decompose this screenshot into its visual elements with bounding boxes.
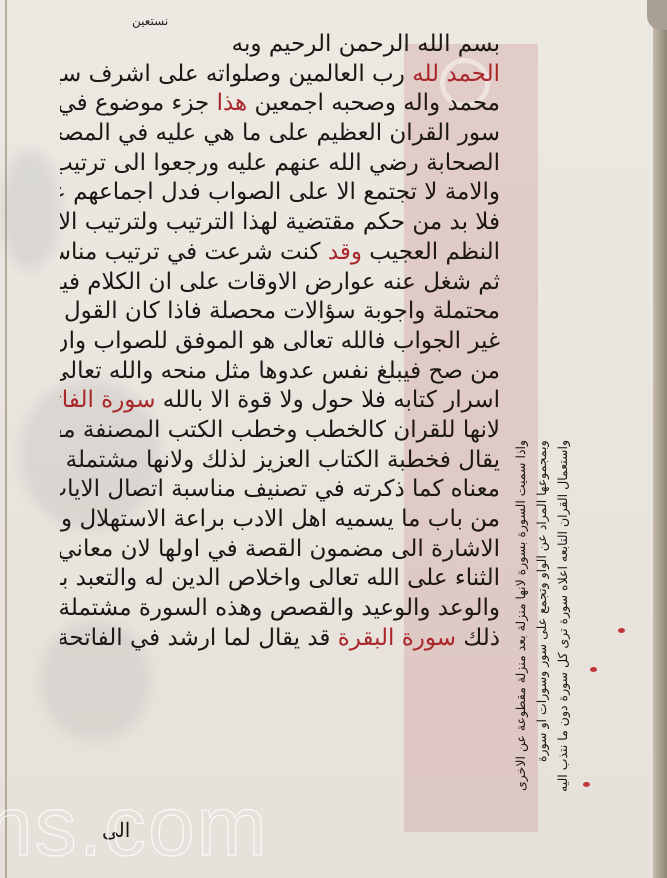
red-dot-marker xyxy=(618,628,625,633)
text-line: فلا بد من حكم مقتضية لهذا الترتيب ولترتي… xyxy=(60,208,500,238)
text-line: محمد واله وصحبه اجمعين هذا جزء موضوع في … xyxy=(60,89,500,119)
text-line: لانها للقران كالخطب وخطب الكتب المصنفة م… xyxy=(60,416,500,446)
binding-gutter-line xyxy=(5,0,7,878)
text-line: الصحابة رضي الله عنهم عليه ورجعوا الى تر… xyxy=(60,149,500,179)
text-line: محتملة واجوبة سؤالات محصلة فاذا كان القو… xyxy=(60,297,500,327)
rubric-surah-title: سورة البقرة xyxy=(338,625,456,651)
text-line: سور القران العظيم على ما هي عليه في المص… xyxy=(60,119,500,149)
watermark-text: ns.com xyxy=(0,778,269,875)
red-dot-marker xyxy=(583,782,590,787)
manuscript-page: نستعين بسم الله الرحمن الرحيم وبه الحمد … xyxy=(0,0,655,878)
text-line: الاشارة الى مضمون القصة في اولها لان معا… xyxy=(60,535,500,565)
rubric-surah-title: سورة الفاتحة xyxy=(60,387,155,413)
paper-stain xyxy=(0,150,60,270)
main-text-block: بسم الله الرحمن الرحيم وبه الحمد لله رب … xyxy=(60,30,500,653)
text-line: ثم شغل عنه عوارض الاوقات على ان الكلام ف… xyxy=(60,268,500,298)
text-line: ذلك سورة البقرة قد يقال لما ارشد في الفا… xyxy=(60,624,500,654)
text-line: غير الجواب فالله تعالى هو الموفق للصواب … xyxy=(60,327,500,357)
text-line: يقال فخطبة الكتاب العزيز لذلك ولانها مشت… xyxy=(60,446,500,476)
red-dot-marker xyxy=(590,667,597,672)
rubric-heading: الحمد لله xyxy=(412,61,500,87)
page-edge-shadow xyxy=(653,20,667,878)
text-line: النظم العجيب وقد كنت شرعت في ترتيب مناسب… xyxy=(60,238,500,268)
text-line: من باب ما يسميه اهل الادب براعة الاستهلا… xyxy=(60,505,500,535)
top-note: نستعين xyxy=(132,14,168,28)
rubric-word: هذا xyxy=(217,90,248,116)
margin-annotation: واذا سميت السورة بسورة لانها منزلة بعد م… xyxy=(510,440,650,800)
text-line: من صح فيبلغ نفس عدوها مثل منحه والله تعا… xyxy=(60,357,500,387)
text-line: الحمد لله رب العالمين وصلواته على اشرف س… xyxy=(60,60,500,90)
text-line: معناه كما ذكرته في تصنيف مناسبة اتصال ال… xyxy=(60,475,500,505)
text-line: والوعد والوعيد والقصص وهذه السورة مشتملة… xyxy=(60,594,500,624)
text-line: بسم الله الرحمن الرحيم وبه xyxy=(60,30,500,60)
torn-corner xyxy=(647,0,667,30)
text-line: والامة لا تجتمع الا على الصواب فدل اجماع… xyxy=(60,178,500,208)
text-line: الثناء على الله تعالى واخلاص الدين له وا… xyxy=(60,564,500,594)
text-line: اسرار كتابه فلا حول ولا قوة الا بالله سو… xyxy=(60,386,500,416)
rubric-word: وقد xyxy=(328,239,362,265)
